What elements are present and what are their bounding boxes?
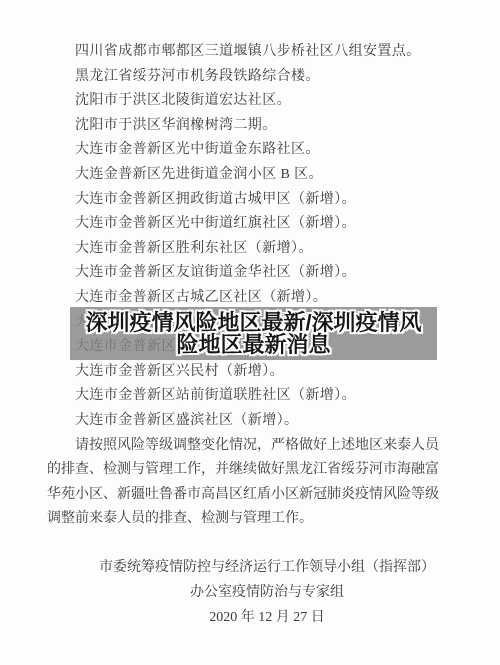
doc-line: 四川省成都市郫都区三道堰镇八步桥社区八组安置点。	[47, 40, 445, 65]
paragraph-line: 华苑小区、新疆吐鲁番市高昌区红盾小区新冠肺炎疫情风险等级	[47, 483, 445, 508]
signature-org-line: 市委统筹疫情防控与经济运行工作领导小组（指挥部）	[68, 556, 466, 581]
signature-date: 2020 年 12 月 27 日	[68, 606, 466, 631]
doc-line: 沈阳市于洪区北陵街道宏达社区。	[47, 89, 445, 114]
doc-line: 黑龙江省绥芬河市机务段铁路综合楼。	[47, 65, 445, 90]
doc-line: 大连市金普新区胜利东社区（新增）。	[47, 237, 445, 262]
caption-title-line2: 险地区最新消息	[176, 334, 330, 356]
signature-block: 市委统筹疫情防控与经济运行工作领导小组（指挥部） 办公室疫情防治与专家组 202…	[68, 556, 466, 630]
caption-title-line1: 深圳疫情风险地区最新/深圳疫情风	[85, 312, 421, 334]
caption-overlay-band: 深圳疫情风险地区最新/深圳疫情风 险地区最新消息	[70, 307, 437, 360]
blank-line	[47, 532, 445, 557]
scanned-notice-page: 四川省成都市郫都区三道堰镇八步桥社区八组安置点。 黑龙江省绥芬河市机务段铁路综合…	[0, 0, 500, 665]
doc-line: 大连市金普新区友谊街道金华社区（新增）。	[47, 261, 445, 286]
paragraph-line: 调整前来泰人员的排查、检测与管理工作。	[47, 507, 445, 532]
doc-line: 大连市金普新区兴民村（新增）。	[47, 360, 445, 385]
doc-line: 大连金普新区先进街道金润小区 B 区。	[47, 163, 445, 188]
doc-line: 大连市金普新区盛滨社区（新增）。	[47, 409, 445, 434]
doc-line: 大连市金普新区拥政街道古城甲区（新增）。	[47, 188, 445, 213]
paragraph-line: 的排查、检测与管理工作，并继续做好黑龙江省绥芬河市海融富	[47, 458, 445, 483]
doc-line: 大连市金普新区站前街道联胜社区（新增）。	[47, 384, 445, 409]
paragraph-line: 请按照风险等级调整变化情况，严格做好上述地区来泰人员	[47, 434, 445, 459]
doc-line: 大连市金普新区光中街道金东路社区。	[47, 138, 445, 163]
doc-line: 沈阳市于洪区华润橡树湾二期。	[47, 114, 445, 139]
doc-line: 大连市金普新区光中街道红旗社区（新增）。	[47, 212, 445, 237]
signature-office-line: 办公室疫情防治与专家组	[68, 581, 466, 606]
